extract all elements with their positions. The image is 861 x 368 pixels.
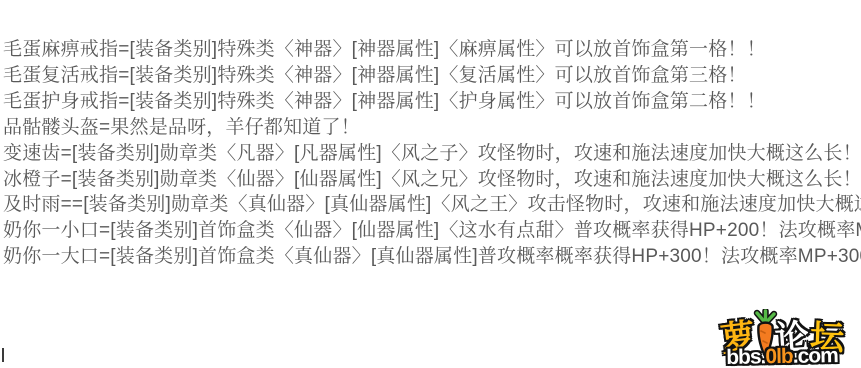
item-description-list: 毛蛋麻痹戒指=[装备类别]特殊类〈神器〉[神器属性]〈麻痹属性〉可以放首饰盒第一… — [3, 37, 861, 270]
forum-url-suffix: .com — [793, 344, 838, 368]
forum-url: bbs.0lb.com — [706, 345, 858, 368]
forum-watermark-logo: 萝 论 坛 bbs.0lb.com — [706, 303, 858, 367]
text-line: 冰橙子=[装备类别]勋章类〈仙器〉[仙器属性]〈风之兄〉攻怪物时，攻速和施法速度… — [3, 167, 861, 193]
text-caret — [2, 348, 4, 362]
text-line: 变速齿=[装备类别]勋章类〈凡器〉[凡器属性]〈风之子〉攻怪物时，攻速和施法速度… — [3, 141, 861, 167]
text-line: 毛蛋复活戒指=[装备类别]特殊类〈神器〉[神器属性]〈复活属性〉可以放首饰盒第三… — [3, 63, 861, 89]
text-line: 品骷髅头盔=果然是品呀，羊仔都知道了！ — [3, 115, 861, 141]
text-line: 奶你一大口=[装备类别]首饰盒类〈真仙器〉[真仙器属性]普攻概率概率获得HP+3… — [3, 244, 861, 270]
forum-url-mid: 0lb — [765, 345, 793, 368]
text-line: 奶你一小口=[装备类别]首饰盒类〈仙器〉[仙器属性]〈这水有点甜〉普攻概率获得H… — [3, 218, 861, 244]
text-line: 毛蛋麻痹戒指=[装备类别]特殊类〈神器〉[神器属性]〈麻痹属性〉可以放首饰盒第一… — [3, 37, 861, 63]
forum-url-prefix: bbs. — [726, 345, 766, 368]
text-line: 毛蛋护身戒指=[装备类别]特殊类〈神器〉[神器属性]〈护身属性〉可以放首饰盒第二… — [3, 89, 861, 115]
text-line: 及时雨==[装备类别]勋章类〈真仙器〉[真仙器属性]〈风之王〉攻击怪物时，攻速和… — [3, 192, 861, 218]
